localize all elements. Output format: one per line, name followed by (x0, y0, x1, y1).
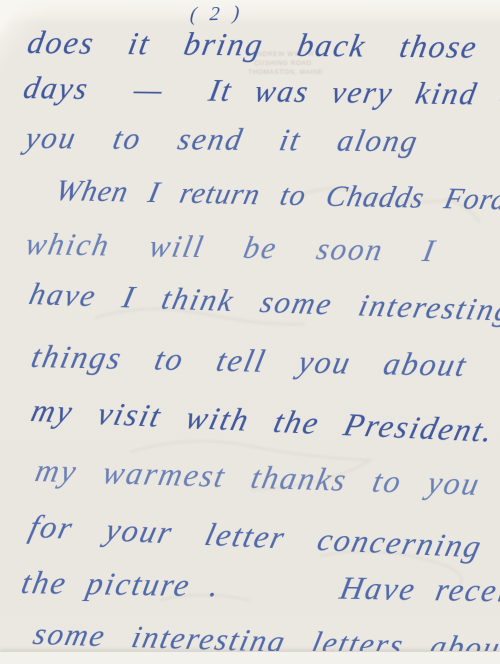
handwriting-line-11: the picture . Have received (18, 564, 500, 610)
letter-page: ANDREW WYETH CUSHING ROAD THOMASTON, MAI… (0, 0, 500, 664)
handwriting-line-4: When I return to Chadds Ford (52, 174, 500, 217)
handwriting-line-9: my warmest thanks to you (32, 452, 484, 503)
paper-bottom-edge (0, 651, 500, 664)
handwriting-line-7: things to tell you about (28, 338, 471, 384)
handwriting-line-5: which will be soon I (23, 226, 440, 269)
handwriting-line-2: days — It was very kind of (21, 70, 500, 113)
handwriting-line-8: my visit with the President. (28, 392, 499, 450)
handwriting-line-1: does it bring back those (25, 24, 482, 66)
handwriting-line-6: have I think some interesting (26, 276, 500, 329)
handwriting-line-3: you to send it along (22, 120, 422, 159)
paper-top-edge (0, 0, 500, 22)
handwriting-line-10: for your letter concerning (26, 508, 487, 565)
page-number: ( 2 ) (189, 2, 244, 27)
